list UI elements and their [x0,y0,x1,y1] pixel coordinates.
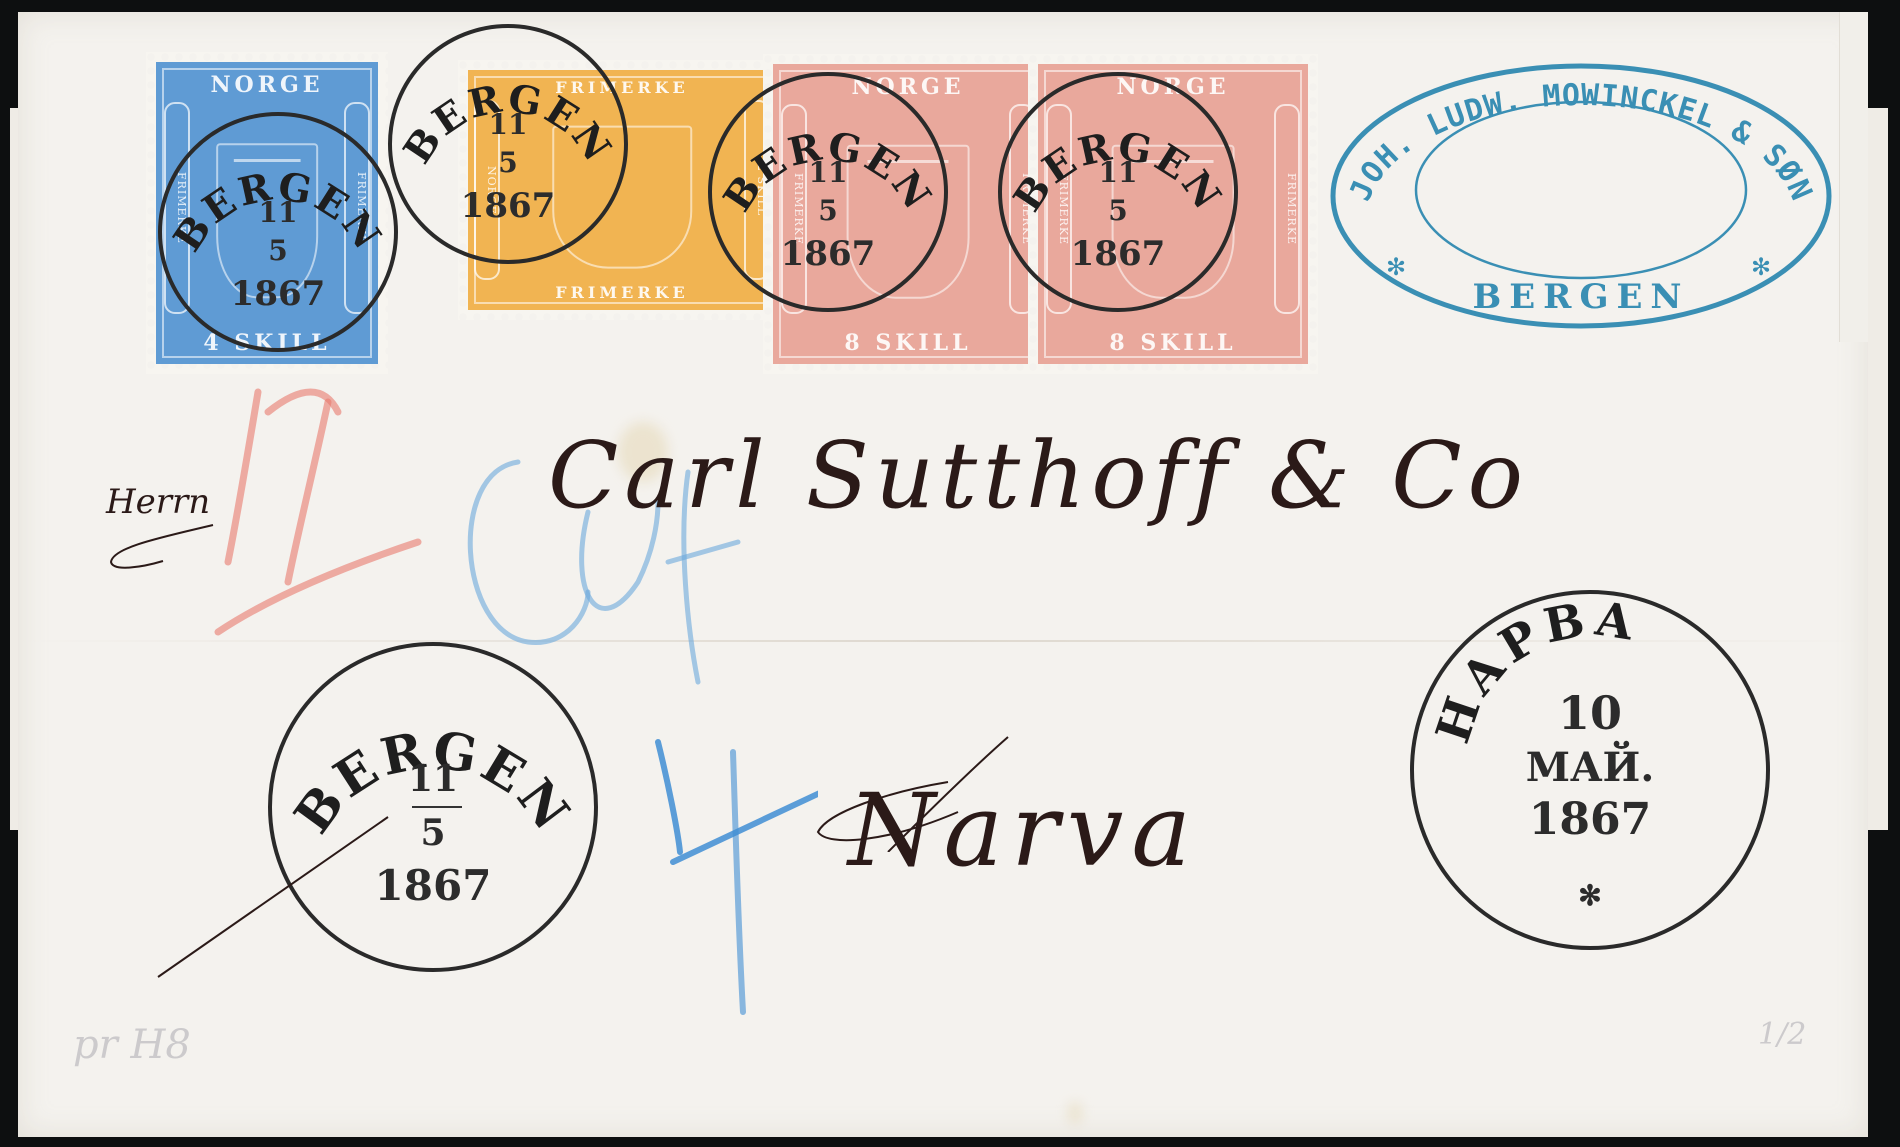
postmark-month: МАЙ. [1414,744,1766,791]
salutation-flourish [103,517,223,577]
date-divider [412,806,462,808]
city-flourish [808,732,1108,852]
bergen-cancel: BERGEN1151867 [708,72,948,312]
foxing-stain [1068,1102,1082,1124]
postmark-day: 11 [272,758,594,800]
star-ornament-icon: ✻ [1386,253,1406,281]
folded-edge [1839,12,1868,342]
star-ornament-icon: ✻ [1751,253,1771,281]
salutation: Herrn [106,482,210,522]
stamp-value: 8 SKILL [773,330,1043,356]
pencil-note: pr H8 [73,1022,191,1068]
star-ornament-icon: ✻ [1414,879,1766,912]
postmark-year: 1867 [1414,794,1766,845]
narva-postmark: НАРВА 10 МАЙ. 1867 ✻ [1410,590,1770,950]
stamp-side-label: FRIMERKE [1274,104,1300,314]
postmark-day: 10 [1414,686,1766,740]
pr-pen-stroke [138,807,398,987]
blue-crayon-numeral [618,722,818,1022]
bergen-cancel: BERGEN1151867 [158,112,398,352]
pencil-corner-note: 1/2 [1758,1017,1806,1052]
red-crayon-mark [198,372,438,672]
bergen-cancel: BERGEN1151867 [998,72,1238,312]
stamp-country: NORGE [156,72,378,98]
sender-cachet: JOH. LUDW. MOWINCKEL & SØN BERGEN ✻ ✻ [1326,60,1836,332]
stamp-value: 8 SKILL [1038,330,1308,356]
bergen-cancel: BERGEN1151867 [388,24,628,264]
addressee-name: Carl Sutthoff & Co [548,422,1529,529]
cachet-bottom-text: BERGEN [1473,277,1690,317]
postal-cover: NORGE FRIMERKE FRIMERKE 4 SKILL FRIMERKE… [18,12,1868,1137]
